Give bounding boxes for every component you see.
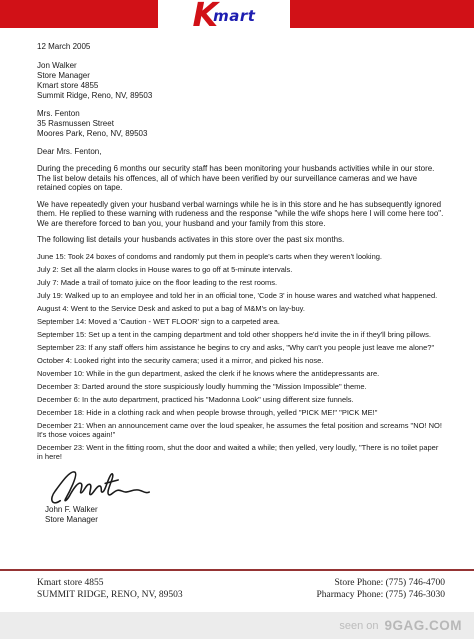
letter-paragraph: We have repeatedly given your husband ve… — [37, 200, 445, 229]
watermark-strip: seen on 9GAG.COM — [0, 612, 474, 639]
recipient-address-line: Moores Park, Reno, NV, 89503 — [37, 129, 445, 139]
letter-body: 12 March 2005 Jon WalkerStore ManagerKma… — [0, 28, 474, 525]
letter-page: K mart 12 March 2005 Jon WalkerStore Man… — [0, 0, 474, 639]
offence-item: September 23: If any staff offers him as… — [37, 343, 445, 352]
offence-item: July 2: Set all the alarm clocks in Hous… — [37, 265, 445, 274]
offence-list: June 15: Took 24 boxes of condoms and ra… — [37, 252, 445, 461]
sender-address-line: Summit Ridge, Reno, NV, 89503 — [37, 91, 445, 101]
letter-paragraphs: During the preceding 6 months our securi… — [37, 164, 445, 245]
sender-address-line: Jon Walker — [37, 61, 445, 71]
footer-store-line2: SUMMIT RIDGE, RENO, NV, 89503 — [37, 590, 183, 602]
kmart-logo: K mart — [158, 0, 290, 31]
footer-store-address: Kmart store 4855 SUMMIT RIDGE, RENO, NV,… — [37, 578, 183, 612]
offence-item: September 14: Moved a 'Caution - WET FLO… — [37, 317, 445, 326]
handwritten-signature-scrawl — [45, 467, 155, 505]
offence-item: December 6: In the auto department, prac… — [37, 395, 445, 404]
offence-item: December 23: Went in the fitting room, s… — [37, 443, 445, 461]
recipient-address-line: 35 Rasmussen Street — [37, 119, 445, 129]
letter-footer: Kmart store 4855 SUMMIT RIDGE, RENO, NV,… — [0, 571, 474, 612]
recipient-address-line: Mrs. Fenton — [37, 109, 445, 119]
sender-address-line: Kmart store 4855 — [37, 81, 445, 91]
sender-address: Jon WalkerStore ManagerKmart store 4855S… — [37, 61, 445, 101]
signature-block: John F. Walker Store Manager — [45, 467, 445, 525]
offence-item: July 19: Walked up to an employee and to… — [37, 291, 445, 300]
recipient-address: Mrs. Fenton35 Rasmussen StreetMoores Par… — [37, 109, 445, 139]
sender-address-line: Store Manager — [37, 71, 445, 81]
footer-phone-numbers: Store Phone: (775) 746-4700 Pharmacy Pho… — [317, 578, 446, 612]
offence-item: August 4: Went to the Service Desk and a… — [37, 304, 445, 313]
footer-store-phone: Store Phone: (775) 746-4700 — [317, 578, 446, 590]
signer-name: John F. Walker — [45, 505, 445, 515]
offence-item: December 18: Hide in a clothing rack and… — [37, 408, 445, 417]
letter-paragraph: The following list details your husbands… — [37, 235, 445, 245]
offence-item: June 15: Took 24 boxes of condoms and ra… — [37, 252, 445, 261]
watermark-prefix: seen on — [339, 620, 378, 632]
footer-pharmacy-phone: Pharmacy Phone: (775) 746-3030 — [317, 590, 446, 602]
footer-store-line1: Kmart store 4855 — [37, 578, 183, 590]
offence-item: October 4: Looked right into the securit… — [37, 356, 445, 365]
offence-item: December 21: When an announcement came o… — [37, 421, 445, 439]
offence-item: July 7: Made a trail of tomato juice on … — [37, 278, 445, 287]
offence-item: December 3: Darted around the store susp… — [37, 382, 445, 391]
offence-item: September 15: Set up a tent in the campi… — [37, 330, 445, 339]
letter-paragraph: During the preceding 6 months our securi… — [37, 164, 445, 193]
signer-title: Store Manager — [45, 515, 445, 525]
salutation: Dear Mrs. Fenton, — [37, 147, 445, 157]
signature-typed-name: John F. Walker Store Manager — [45, 505, 445, 525]
offence-item: November 10: While in the gun department… — [37, 369, 445, 378]
watermark-site-logo: 9GAG.COM — [384, 618, 462, 633]
letter-date: 12 March 2005 — [37, 42, 445, 52]
kmart-logo-mart: mart — [213, 9, 255, 24]
letterhead-banner: K mart — [0, 0, 474, 28]
